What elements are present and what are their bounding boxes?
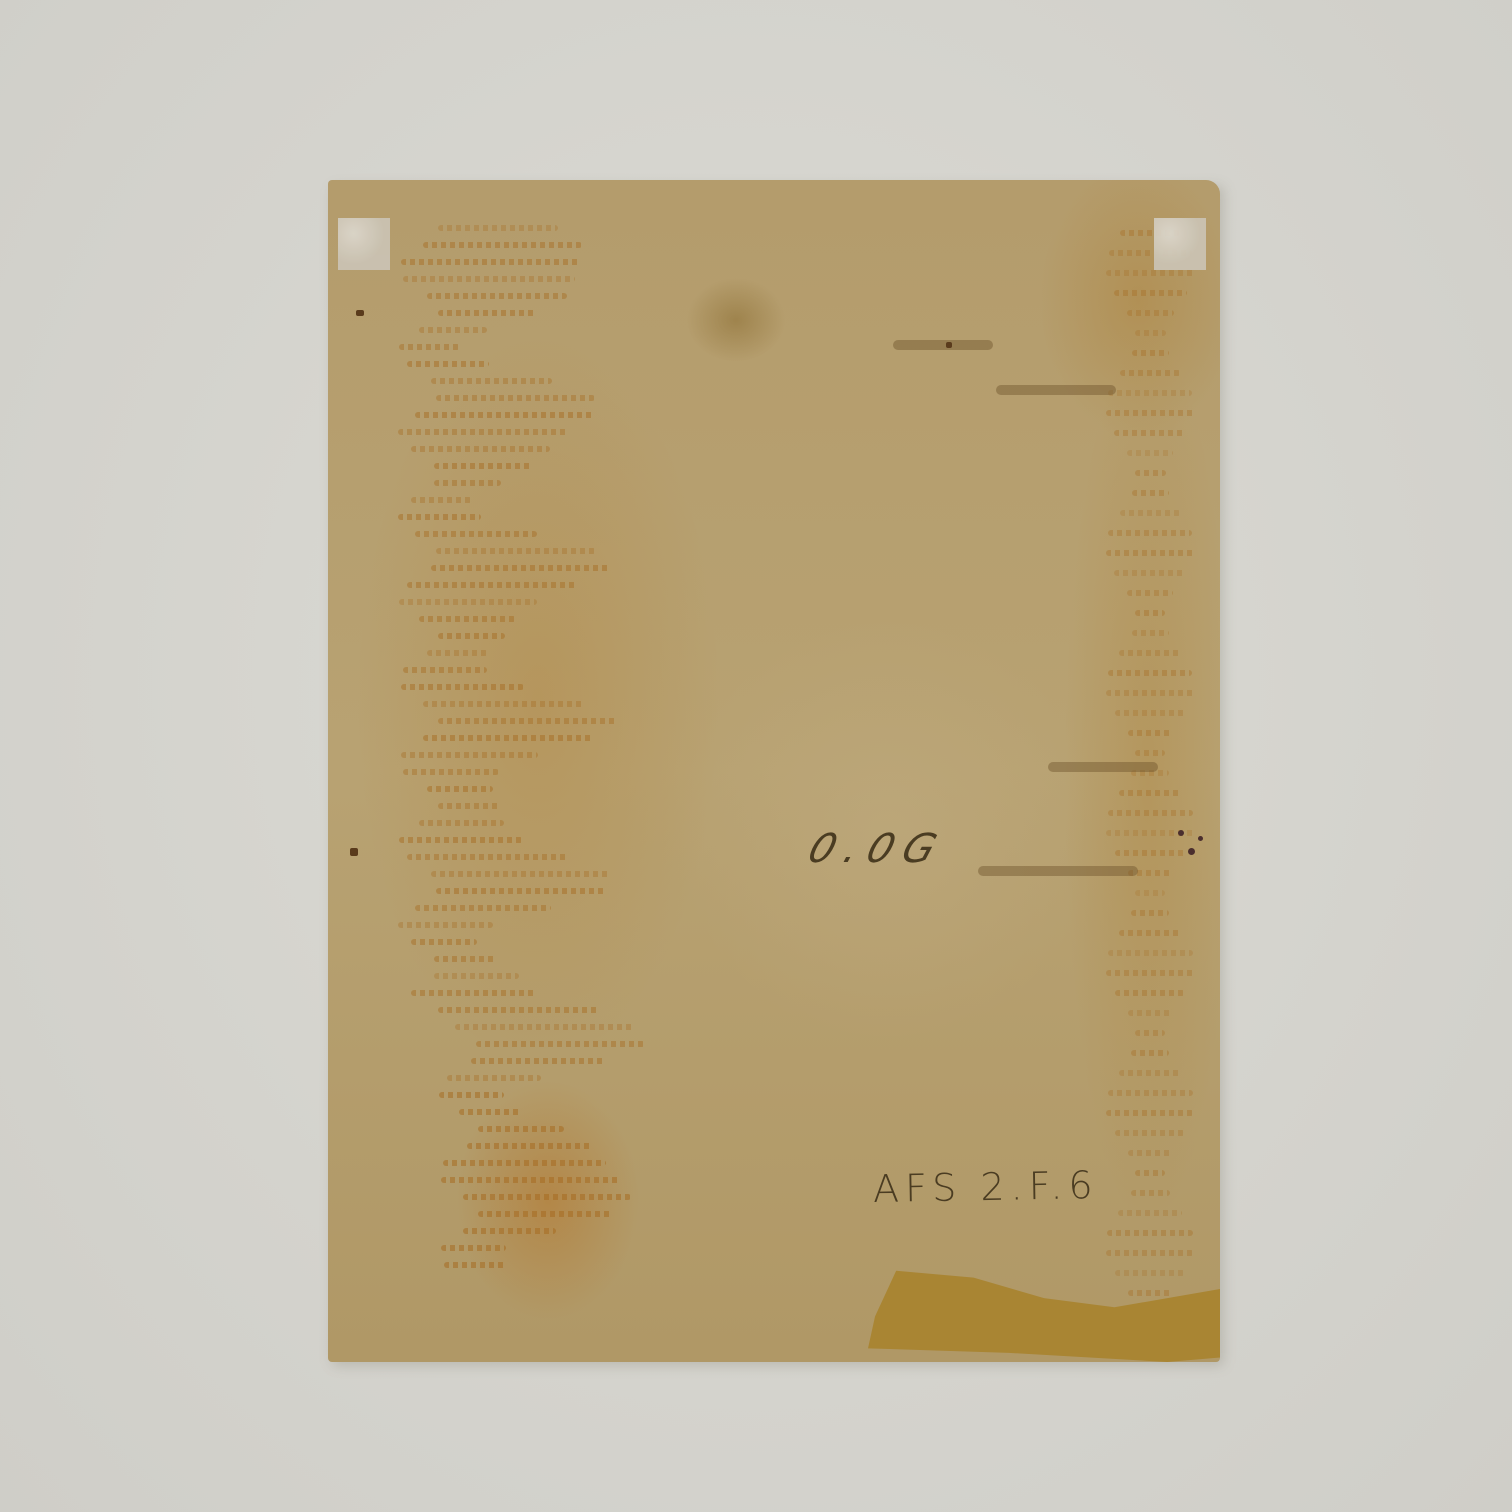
foxing-row: [419, 327, 487, 333]
foxing-row: [419, 820, 504, 826]
foxing-row: [1135, 470, 1166, 476]
foxing-row: [467, 1143, 593, 1149]
foxing-row: [411, 446, 550, 452]
foxing-row: [1119, 1070, 1182, 1076]
small-mark: [356, 310, 364, 316]
foxing-row: [1132, 350, 1169, 356]
foxing-row: [443, 1160, 606, 1166]
foxing-row: [1115, 1270, 1185, 1276]
foxing-row: [434, 973, 519, 979]
dark-spot: [1198, 836, 1203, 841]
foxing-row: [444, 1262, 506, 1268]
foxing-row: [1119, 790, 1181, 796]
foxing-row: [463, 1228, 556, 1234]
foxing-row: [1119, 930, 1182, 936]
foxing-row: [1120, 510, 1181, 516]
foxing-row: [1135, 1030, 1165, 1036]
foxing-row: [399, 837, 523, 843]
foxing-row: [1120, 370, 1181, 376]
foxing-row: [401, 684, 524, 690]
foxing-row: [1108, 530, 1192, 536]
foxing-row: [1106, 1250, 1194, 1256]
aged-board: 0.0G AFS 2.F.6: [328, 180, 1220, 1362]
foxing-row: [1115, 710, 1186, 716]
foxing-row: [423, 735, 593, 741]
foxing-row: [471, 1058, 606, 1064]
foxing-row: [1135, 330, 1166, 336]
foxing-row: [441, 1245, 506, 1251]
foxing-row: [459, 1109, 521, 1115]
foxing-row: [401, 752, 538, 758]
foxing-row: [438, 310, 537, 316]
foxing-row: [1119, 650, 1181, 656]
foxing-row: [434, 463, 532, 469]
foxing-row: [427, 650, 488, 656]
foxing-row: [439, 1092, 504, 1098]
foxing-row: [427, 293, 567, 299]
foxing-row: [455, 1024, 635, 1030]
foxing-row: [1131, 910, 1169, 916]
foxing-row: [407, 582, 578, 588]
foxing-row: [1107, 1230, 1193, 1236]
foxing-row: [438, 225, 558, 231]
foxing-row: [441, 1177, 621, 1183]
foxing-row: [1128, 1150, 1172, 1156]
foxing-row: [398, 922, 493, 928]
foxing-row: [415, 412, 594, 418]
small-mark: [350, 848, 358, 856]
foxing-row: [1106, 1110, 1194, 1116]
foxing-row: [399, 344, 460, 350]
foxing-row: [1132, 630, 1169, 636]
foxing-row: [1131, 1190, 1170, 1196]
foxing-row: [423, 242, 582, 248]
foxing-row: [411, 497, 472, 503]
foxing-row: [1127, 590, 1173, 596]
foxing-row: [438, 633, 505, 639]
foxing-row: [1106, 550, 1195, 556]
pencil-note-bottom: AFS 2.F.6: [873, 1163, 1099, 1211]
foxing-row: [411, 990, 536, 996]
foxing-row: [431, 565, 610, 571]
foxing-row: [1115, 1130, 1185, 1136]
small-mark: [946, 342, 952, 348]
foxing-row: [403, 667, 487, 673]
torn-edge: [868, 1248, 1220, 1362]
foxing-row: [1135, 750, 1165, 756]
dark-spot: [1178, 830, 1184, 836]
drip-stain: [978, 866, 1138, 876]
foxing-row: [399, 599, 537, 605]
foxing-row: [447, 1075, 541, 1081]
foxing-row: [434, 956, 496, 962]
foxing-row: [398, 429, 569, 435]
foxing-row: [423, 701, 584, 707]
foxing-row: [1135, 610, 1165, 616]
tape-top-left: [338, 218, 390, 270]
foxing-row: [1108, 390, 1192, 396]
drip-stain: [1048, 762, 1158, 772]
foxing-row: [431, 871, 611, 877]
foxing-row: [411, 939, 477, 945]
foxing-row: [419, 616, 516, 622]
foxing-row: [407, 361, 489, 367]
foxing-row: [427, 786, 493, 792]
foxing-row: [401, 259, 580, 265]
foxing-row: [1131, 1050, 1169, 1056]
foxing-row: [1135, 1170, 1165, 1176]
foxing-row: [1135, 890, 1165, 896]
foxing-row: [1108, 950, 1193, 956]
drip-stain: [996, 385, 1116, 395]
foxing-row: [415, 905, 551, 911]
foxing-row: [1127, 310, 1174, 316]
foxing-row: [436, 395, 595, 401]
foxing-row: [403, 276, 575, 282]
foxing-row: [1114, 430, 1186, 436]
foxing-row: [407, 854, 569, 860]
pencil-note-middle: 0.0G: [803, 826, 953, 872]
foxing-row: [403, 769, 499, 775]
foxing-row: [436, 548, 596, 554]
foxing-row: [1108, 1090, 1193, 1096]
foxing-row: [478, 1126, 564, 1132]
foxing-row: [476, 1041, 645, 1047]
foxing-row: [434, 480, 501, 486]
foxing-row: [1106, 410, 1195, 416]
foxing-row: [1108, 670, 1192, 676]
foxing-row: [1108, 810, 1193, 816]
foxing-row: [1127, 450, 1173, 456]
foxing-row: [1115, 850, 1186, 856]
foxing-row: [1114, 570, 1186, 576]
tape-top-right: [1154, 218, 1206, 270]
foxing-row: [1106, 270, 1195, 276]
foxing-row: [1128, 1290, 1172, 1296]
drip-stain: [893, 340, 993, 350]
foxing-row: [438, 1007, 600, 1013]
foxing-row: [431, 378, 552, 384]
foxing-row: [436, 888, 606, 894]
foxing-row: [438, 718, 618, 724]
foxing-row: [1106, 970, 1195, 976]
foxing-row: [1115, 990, 1185, 996]
foxing-row: [1118, 1210, 1182, 1216]
foxing-row: [415, 531, 537, 537]
foxing-row: [398, 514, 481, 520]
foxing-row: [1128, 1010, 1173, 1016]
foxing-row: [1106, 690, 1195, 696]
foxing-row: [438, 803, 500, 809]
foxing-row: [478, 1211, 612, 1217]
foxing-row: [1132, 490, 1169, 496]
foxing-row: [1128, 730, 1173, 736]
foxing-row: [463, 1194, 631, 1200]
foxing-row: [1114, 290, 1187, 296]
dark-spot: [1188, 848, 1195, 855]
